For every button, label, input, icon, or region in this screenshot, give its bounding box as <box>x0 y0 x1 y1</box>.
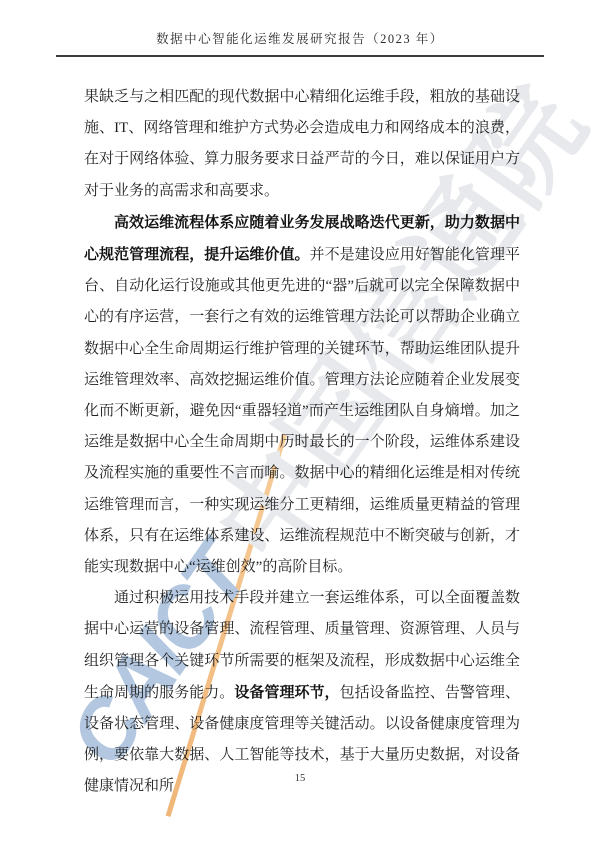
page-content: 数据中心智能化运维发展研究报告（2023 年） 果缺乏与之相匹配的现代数据中心精… <box>0 0 600 848</box>
header-divider-line <box>56 55 544 57</box>
paragraph: 高效运维流程体系应随着业务发展战略迭代更新，助力数据中心规范管理流程，提升运维价… <box>84 207 520 583</box>
page-header-title: 数据中心智能化运维发展研究报告（2023 年） <box>0 29 600 47</box>
page-number: 15 <box>0 773 600 784</box>
paragraph-text: 并不是建设应用好智能化管理平台、自动化运行设施或其他更先进的“器”后就可以完全保… <box>84 247 520 575</box>
paragraph-text: 果缺乏与之相匹配的现代数据中心精细化运维手段，粗放的基础设施、IT、网络管理和维… <box>84 89 520 199</box>
paragraph: 果缺乏与之相匹配的现代数据中心精细化运维手段，粗放的基础设施、IT、网络管理和维… <box>84 82 520 207</box>
body-text: 果缺乏与之相匹配的现代数据中心精细化运维手段，粗放的基础设施、IT、网络管理和维… <box>84 82 520 803</box>
report-page: CAICT 中国信通院 数据中心智能化运维发展研究报告（2023 年） 果缺乏与… <box>0 0 600 848</box>
paragraph: 通过积极运用技术手段并建立一套运维体系，可以全面覆盖数据中心运营的设备管理、流程… <box>84 583 520 802</box>
paragraph-bold-lead: 设备管理环节， <box>234 684 339 701</box>
